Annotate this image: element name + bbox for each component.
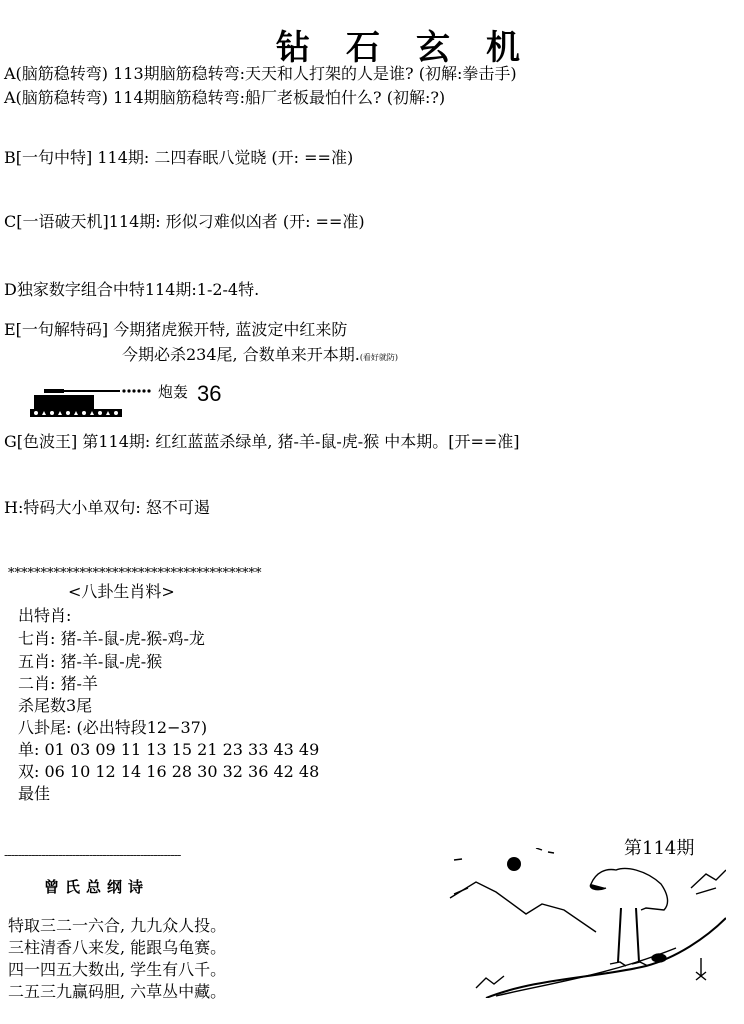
section-g: G[色波王] 第114期: 红红蓝蓝杀绿单, 猪-羊-鼠-虎-猴 中本期。[开=… [4, 432, 520, 452]
bagua-title: <八卦生肖料> [68, 582, 175, 602]
bagua-line: 五肖: 猪-羊-鼠-虎-猴 [18, 652, 162, 672]
riddle-114: A(脑筋稳转弯) 114期脑筋稳转弯:船厂老板最怕什么? (初解:?) [4, 88, 445, 108]
bagua-line: 出特肖: [18, 606, 71, 626]
cannon-number: 36 [197, 381, 221, 407]
poem-line: 三柱清香八来发, 能跟乌龟赛。 [8, 938, 226, 958]
section-e-text: 今期必杀234尾, 合数单来开本期. [122, 345, 360, 364]
section-e-note: (看好就防) [360, 353, 398, 362]
bagua-odd-numbers: 单: 01 03 09 11 13 15 21 23 33 43 49 [18, 740, 319, 760]
poem-line: 特取三二一六合, 九九众人投。 [8, 916, 226, 936]
poem-line: 四一四五大数出, 学生有八千。 [8, 960, 226, 980]
stars-divider: *************************************** [8, 566, 262, 581]
riddle-113: A(脑筋稳转弯) 113期脑筋稳转弯:天天和人打架的人是谁? (初解:拳击手) [4, 64, 517, 84]
bagua-line: 八卦尾: (必出特段12−37) [18, 718, 207, 738]
poem-line: 二五三九赢码胆, 六草丛中藏。 [8, 982, 226, 1002]
section-e-line2: 今期必杀234尾, 合数单来开本期.(看好就防) [122, 345, 398, 368]
section-d: D独家数字组合中特114期:1-2-4特. [4, 280, 259, 300]
cannon-label: 炮轰 [158, 381, 188, 402]
bagua-line: 杀尾数3尾 [18, 696, 92, 716]
section-b: B[一句中特] 114期: 二四春眠八觉晓 (开: ==准) [4, 148, 353, 168]
bagua-line: 七肖: 猪-羊-鼠-虎-猴-鸡-龙 [18, 629, 205, 649]
poem-title: 曾氏总纲诗 [44, 876, 149, 897]
section-h: H:特码大小单双句: 怒不可遏 [4, 498, 210, 518]
bagua-even-numbers: 双: 06 10 12 14 16 28 30 32 36 42 48 [18, 762, 319, 782]
page-title: 钻石玄机 [276, 20, 556, 69]
dashed-divider: ----------------------------------------… [4, 848, 180, 863]
tank-icon [28, 385, 156, 419]
section-c: C[一语破天机]114期: 形似刁难似凶者 (开: ==准) [4, 212, 365, 232]
bagua-line: 最佳 [18, 784, 50, 804]
crane-illustration [446, 848, 726, 998]
section-e-line1: E[一句解特码] 今期猪虎猴开特, 蓝波定中红来防 [4, 320, 347, 340]
bagua-line: 二肖: 猪-羊 [18, 674, 98, 694]
